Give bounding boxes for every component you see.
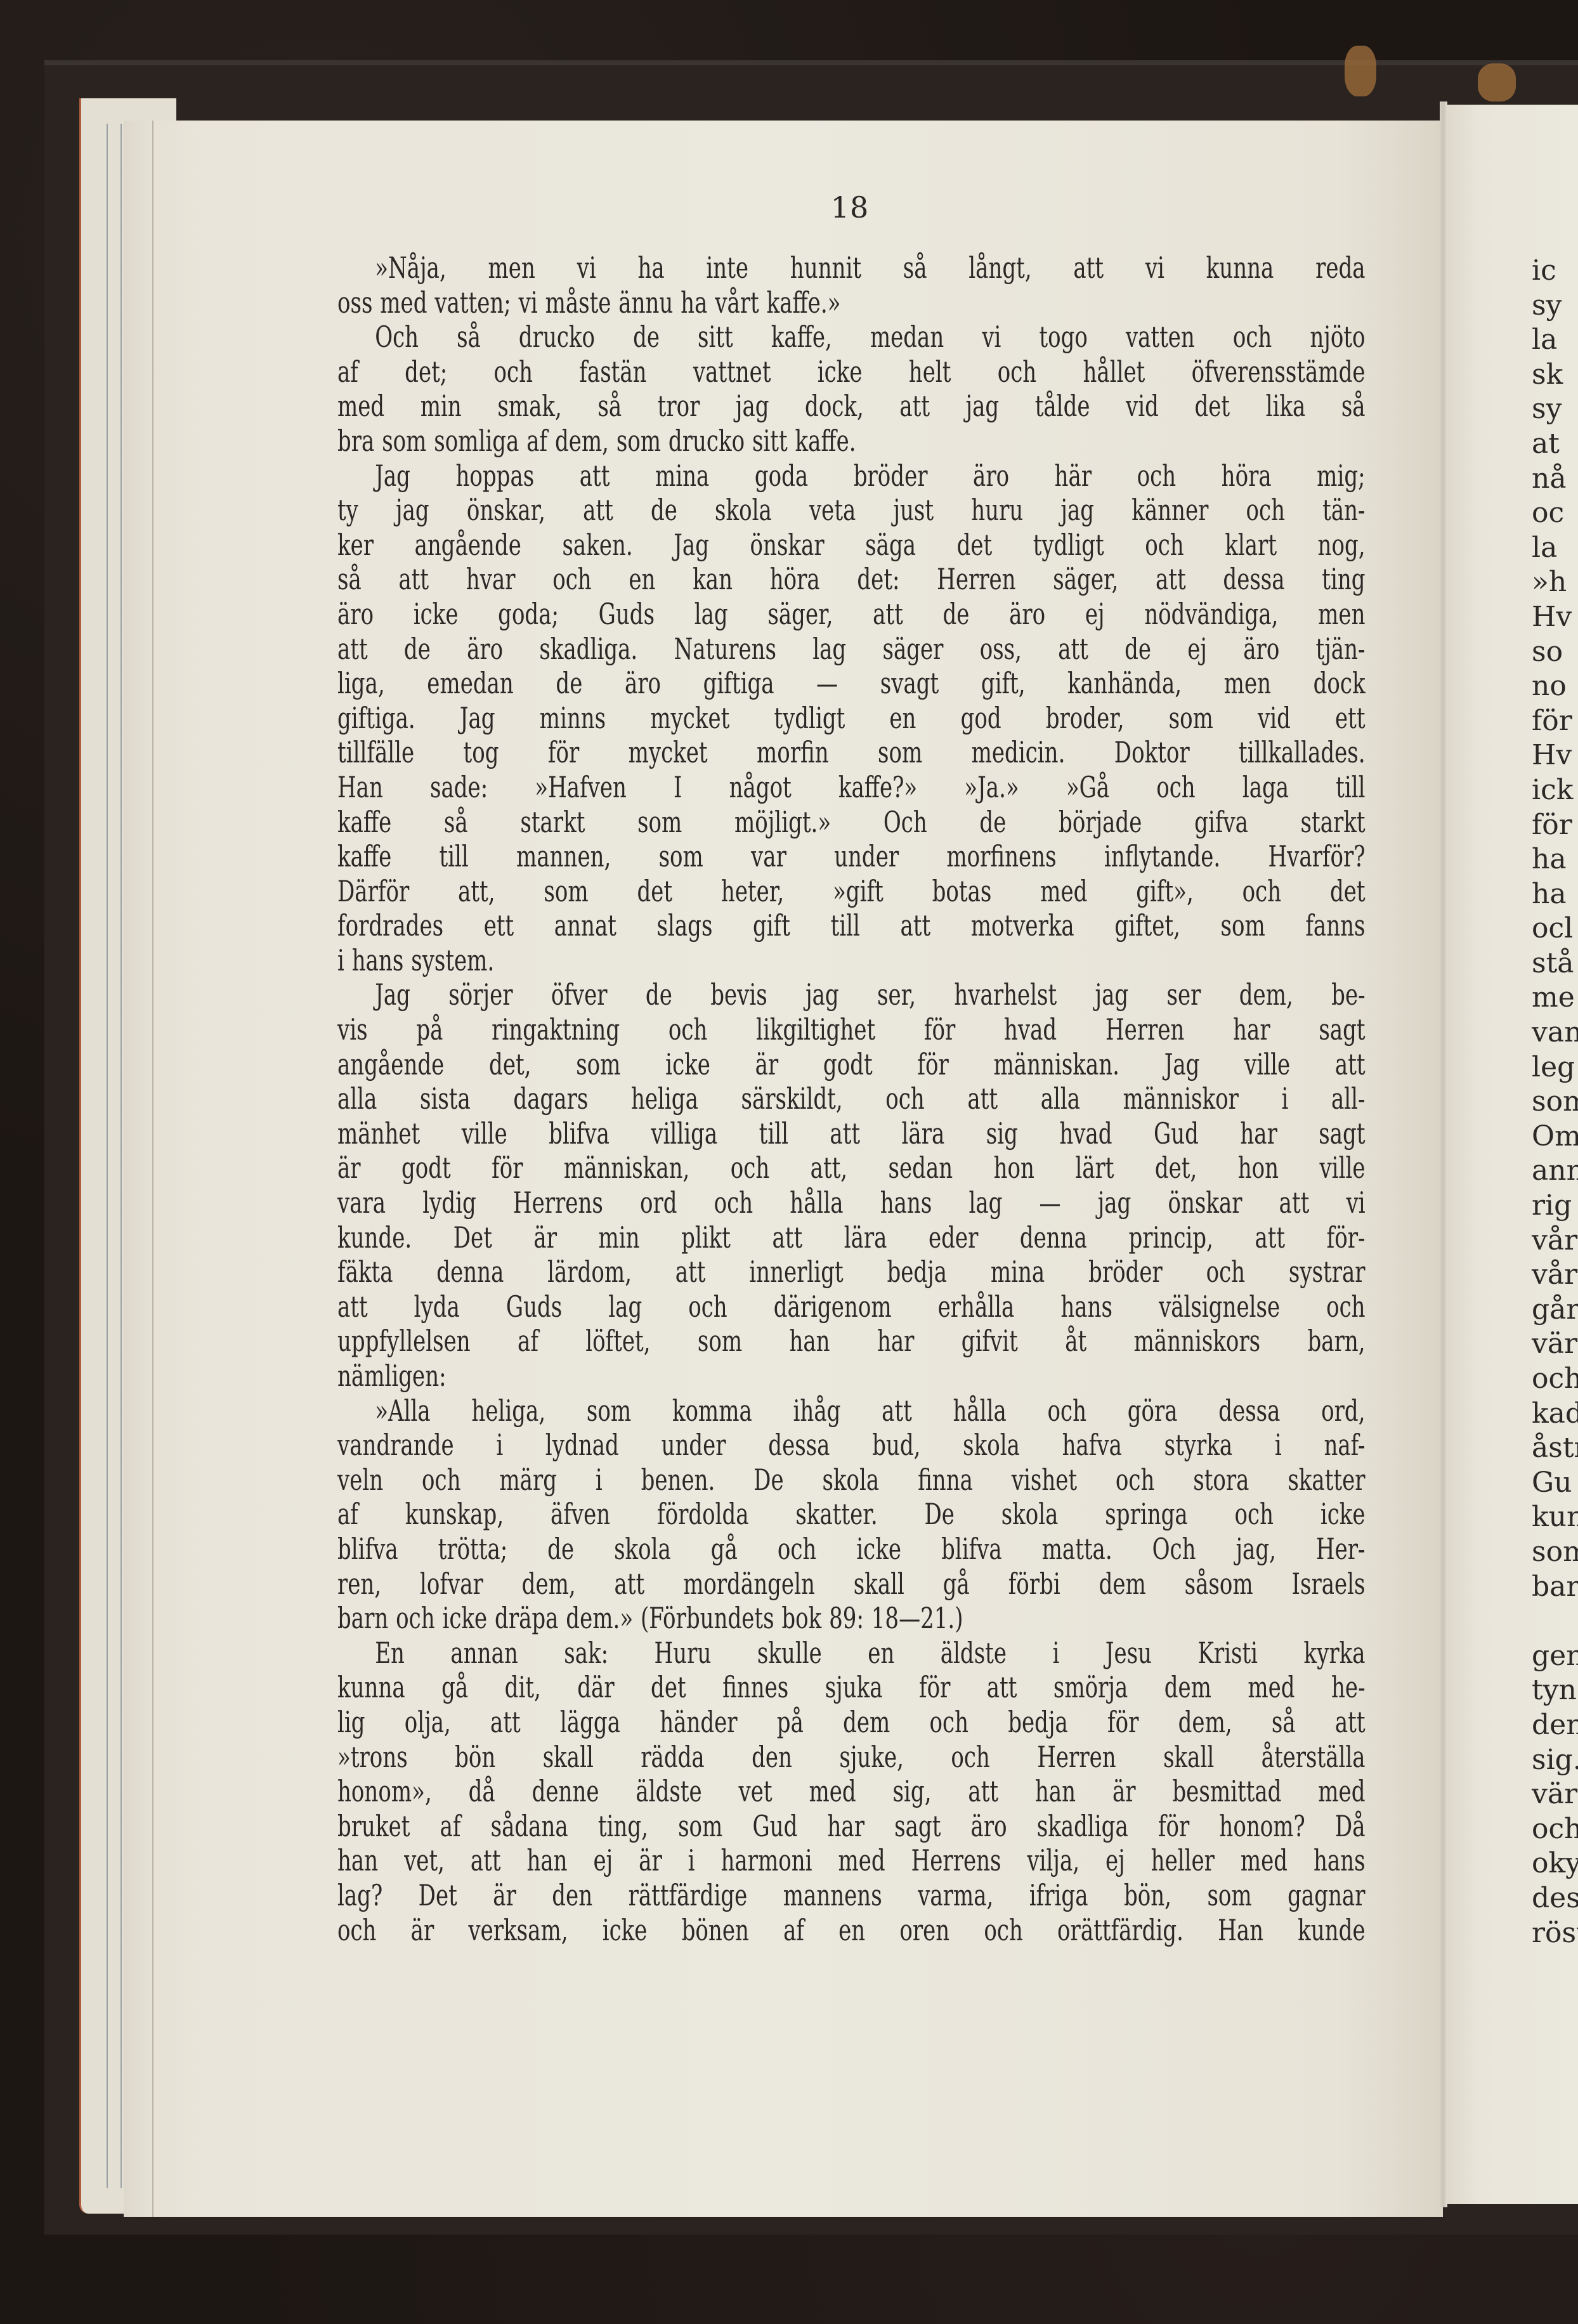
text-fragment: som	[1532, 1085, 1578, 1120]
text-line: nämligen:	[337, 1359, 1366, 1394]
text-fragment: åstı	[1532, 1431, 1578, 1466]
text-line: liga,emedandeärogiftiga—svagtgift,kanhän…	[337, 666, 1366, 701]
text-line: ligolja,attläggahänderpådemochbedjaförde…	[337, 1705, 1366, 1740]
text-line: afkunskap,äfvenfördoldaskatter.Deskolasp…	[337, 1497, 1366, 1532]
text-fragment: ick	[1532, 773, 1578, 808]
text-line: mänhetvilleblifvavilligatillattlärasighv…	[337, 1116, 1366, 1151]
text-fragment: nå	[1532, 462, 1578, 497]
text-line: attdeäroskadliga.Naturenslagsägeross,att…	[337, 632, 1366, 667]
text-line: tyjagönskar,attdeskolavetajusthurujagkän…	[337, 493, 1366, 528]
text-line: vandrandeilydnadunderdessabud,skolahafva…	[337, 1428, 1366, 1463]
text-fragment: stå	[1532, 946, 1578, 981]
text-fragment: kun	[1532, 1500, 1578, 1535]
text-line: ihanssystem.	[337, 943, 1366, 978]
text-line: ossmedvatten;vimåsteännuhavårtkaffe.»	[337, 285, 1366, 320]
text-fragment: vår	[1532, 1258, 1578, 1293]
text-fragment: so	[1532, 635, 1578, 670]
text-fragment: tyn	[1532, 1673, 1578, 1708]
text-line: ren,lofvardem,attmordängelnskallgåförbid…	[337, 1567, 1366, 1602]
cover-wear-spot	[1478, 63, 1516, 101]
text-line: Jaghoppasattminagodabröderärohärochhöram…	[337, 459, 1366, 493]
text-fragment: sk	[1532, 358, 1578, 393]
text-line: tillfälletogförmycketmorfinsommedicin.Do…	[337, 735, 1366, 770]
text-fragment: kad	[1532, 1397, 1578, 1432]
text-line: angåendedet,somickeärgodtförmänniskan.Ja…	[337, 1047, 1366, 1082]
text-fragment: dess	[1532, 1881, 1578, 1916]
text-fragment: vår	[1532, 1224, 1578, 1258]
text-fragment: för	[1532, 808, 1578, 843]
text-line: medminsmak,såtrorjagdock,attjagtåldevidd…	[337, 389, 1366, 424]
text-fragment: röst	[1532, 1916, 1578, 1951]
text-fragment: ha	[1532, 877, 1578, 912]
paragraph-gap	[1532, 1604, 1578, 1639]
text-line: bruketafsådanating,somGudharsagtäroskadl…	[337, 1809, 1366, 1844]
text-line: Ochsådruckodesittkaffe,medanvitogovatten…	[337, 320, 1366, 355]
text-fragment: sy	[1532, 392, 1578, 427]
text-line: blifvatrötta;deskolagåochickeblifvamatta…	[337, 1532, 1366, 1567]
text-fragment: rig	[1532, 1189, 1578, 1224]
text-fragment: ic	[1532, 254, 1578, 289]
text-fragment: la	[1532, 531, 1578, 566]
text-line: »tronsbönskallräddadensjuke,ochHerrenska…	[337, 1740, 1366, 1775]
text-line: fordradesettannatslagsgifttillattmotverk…	[337, 908, 1366, 943]
page-edge-line	[107, 124, 108, 2188]
text-line: kunde.Detärminpliktattläraederdennaprinc…	[337, 1220, 1366, 1255]
text-fragment: gen	[1532, 1639, 1578, 1674]
text-fragment: ocl	[1532, 911, 1578, 946]
text-line: »Nåja,menvihaintehunnitsålångt,attvikunn…	[337, 251, 1366, 285]
left-page-text: »Nåja,menvihaintehunnitsålångt,attvikunn…	[337, 251, 1098, 1947]
text-line: attlydaGudslagochdärigenomerhållahansväl…	[337, 1289, 1366, 1324]
text-fragment: för	[1532, 704, 1578, 739]
text-line: kaffetillmannen,somvarundermorfinensinfl…	[337, 839, 1366, 874]
text-fragment: la	[1532, 323, 1578, 358]
text-fragment: värl	[1532, 1777, 1578, 1812]
text-line: Enannansak:HuruskulleenäldsteiJesuKristi…	[337, 1636, 1366, 1671]
text-fragment: sig.	[1532, 1743, 1578, 1778]
text-fragment: Hv	[1532, 738, 1578, 773]
right-page-text-fragments: icsylasksyatnåocla»hHvsonoförHvickförhah…	[1532, 254, 1578, 1950]
text-line: ärgodtförmänniskan,ochatt,sedanhonlärtde…	[337, 1151, 1366, 1185]
text-line: varalydigHerrensordochhållahanslag—jagön…	[337, 1185, 1366, 1220]
text-line: Jagsörjeröfverdebevisjagser,hvarhelstjag…	[337, 977, 1366, 1012]
text-fragment: Hv	[1532, 600, 1578, 635]
text-fragment: bar	[1532, 1570, 1578, 1605]
text-fragment: och	[1532, 1812, 1578, 1847]
text-line: Därföratt,somdetheter,»giftbotasmedgift»…	[337, 874, 1366, 909]
text-line: honom»,dådenneäldstevetmedsig,atthanärbe…	[337, 1774, 1366, 1809]
text-fragment: no	[1532, 669, 1578, 704]
text-line: Hansade:»HafvenInågotkaffe?»»Ja.»»Gåochl…	[337, 770, 1366, 805]
text-fragment: me	[1532, 981, 1578, 1015]
text-line: kunnagådit,därdetfinnessjukaförattsmörja…	[337, 1670, 1366, 1705]
text-line: brasomsomligaafdem,somdruckosittkaffe.	[337, 424, 1366, 459]
text-fragment: sy	[1532, 289, 1578, 323]
text-line: allasistadagarsheligasärskildt,ochattall…	[337, 1081, 1366, 1116]
text-fragment: oc	[1532, 496, 1578, 531]
text-line: afdet;ochfastänvattnetickeheltochhålletö…	[337, 355, 1366, 389]
page-fore-edge	[124, 121, 153, 2217]
text-fragment: vär	[1532, 1327, 1578, 1362]
text-line: kaffesåstarktsommöjligt.»Ochdebörjadegif…	[337, 805, 1366, 840]
text-fragment: »h	[1532, 565, 1578, 600]
text-fragment: och	[1532, 1362, 1578, 1397]
text-line: såatthvarochenkanhöradet:Herrensäger,att…	[337, 562, 1366, 597]
text-line: vispåringaktningochlikgiltighetförhvadHe…	[337, 1012, 1366, 1047]
text-fragment: som	[1532, 1535, 1578, 1570]
page-edge-line	[121, 124, 122, 2188]
page-number: 18	[812, 190, 888, 225]
text-fragment: Gu	[1532, 1466, 1578, 1501]
text-line: hanvet,atthanejäriharmonimedHerrensvilja…	[337, 1843, 1366, 1878]
text-line: lag?Detärdenrättfärdigemannensvarma,ifri…	[337, 1878, 1366, 1913]
text-line: äroickegoda;Gudslagsäger,attdeäroejnödvä…	[337, 597, 1366, 632]
text-line: kerangåendesaken.Jagönskarsägadettydligt…	[337, 528, 1366, 563]
text-line: giftiga.Jagminnsmyckettydligtengodbroder…	[337, 701, 1366, 736]
text-fragment: går	[1532, 1293, 1578, 1328]
text-fragment: at	[1532, 427, 1578, 462]
text-line: »Allaheliga,somkommaihågatthållaochgörad…	[337, 1394, 1366, 1428]
text-fragment: leg	[1532, 1050, 1578, 1085]
text-line: barnochickedräpadem.»(Förbundetsbok89:18…	[337, 1601, 1366, 1636]
text-fragment: ann	[1532, 1154, 1578, 1189]
text-line: uppfyllelsenaflöftet,somhanhargifvitåtmä…	[337, 1324, 1366, 1359]
text-line: velnochmärgibenen.Deskolafinnavishetochs…	[337, 1463, 1366, 1498]
text-line: fäktadennalärdom,attinnerligtbedjaminabr…	[337, 1255, 1366, 1289]
text-fragment: van	[1532, 1015, 1578, 1050]
text-line: ochärverksam,ickebönenafenorenochorättfä…	[337, 1913, 1366, 1948]
text-fragment: oky	[1532, 1846, 1578, 1881]
cover-wear-spot	[1345, 46, 1376, 96]
text-fragment: Om	[1532, 1120, 1578, 1154]
text-fragment: den	[1532, 1708, 1578, 1743]
text-fragment: ha	[1532, 842, 1578, 877]
